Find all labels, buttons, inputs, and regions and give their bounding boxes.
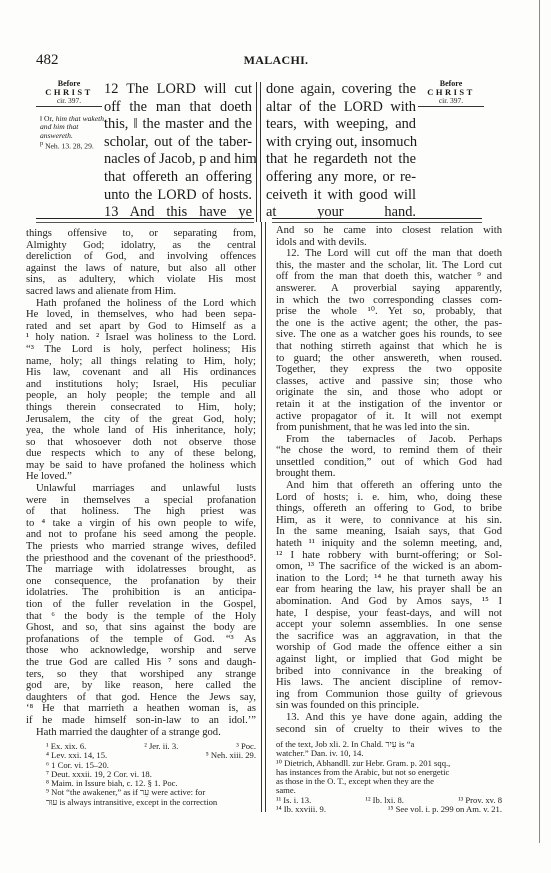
commentary-line: sive. The one as a watcher goes his roun…	[276, 329, 502, 341]
commentary-line: His law, covenant and all His ordinances	[26, 367, 256, 379]
scripture-line: that offereth an offering	[104, 169, 252, 187]
commentary-line: prise the whole ¹⁰. Yet so, probably, th…	[276, 306, 502, 318]
page-edge-line	[539, 0, 540, 843]
scripture-line: 12 The LORD will cut	[104, 81, 252, 99]
commentary-line: things offensive to, or separating from,	[26, 228, 256, 240]
commentary-line: one consequence, the profanation by thei…	[26, 576, 256, 588]
commentary-line: classes, active and passive sin; those w…	[276, 376, 502, 388]
footnotes-left: ¹ Ex. xix. 6.² Jer. ii. 3.³ Poc.⁴ Lev. x…	[46, 742, 256, 807]
commentary-line: “he chose the word, to remind them of th…	[276, 445, 502, 457]
commentary-line: sacred laws and alienate from Him.	[26, 286, 256, 298]
commentary-line: And so he came into closest relation wit…	[276, 225, 502, 237]
commentary-line: daughters of that god. Hence the Jews sa…	[26, 692, 256, 704]
scripture-line: scholar, out of the taber-	[104, 134, 252, 152]
commentary-line: of that holiness. The high priest was	[26, 506, 256, 518]
scripture-column-left: 12 The LORD will cutoff the man that doe…	[104, 81, 252, 222]
commentary-line: ters, so they that worshiped any strange	[26, 669, 256, 681]
marginal-notes: ‖ Or, him that waketh, and him that answ…	[40, 115, 110, 151]
commentary-line: those who acknowledge, worship and serve	[26, 645, 256, 657]
margin-date-cir: cir. 397.	[36, 97, 102, 107]
footnotes-right: of the text, Job xli. 2. In Chald. עִיר …	[276, 740, 502, 814]
commentary-line: The marriage with idolatresses brought, …	[26, 564, 256, 576]
commentary-line: idolatries. The prohibition is an antici…	[26, 587, 256, 599]
commentary-line: the one is the active agent; the other, …	[276, 318, 502, 330]
commentary-line: Jerusalem, the city of the great God, ho…	[26, 414, 256, 426]
commentary-line: hateth ¹¹ iniquity and the solemn meetin…	[276, 538, 502, 550]
commentary-line: Almighty God; idolatry, as the central	[26, 240, 256, 252]
commentary-line: In the same meaning, Isaiah says, that G…	[276, 526, 502, 538]
commentary-line: things, offereth an offering to God, to …	[276, 503, 502, 515]
commentary-line: against light, or implied that God might…	[276, 654, 502, 666]
commentary-line: ination to the Lord; ¹⁴ he that turneth …	[276, 573, 502, 585]
page-header: 482 MALACHI.	[36, 52, 516, 70]
commentary-line: so that whosoever doth not observe those	[26, 437, 256, 449]
scripture-line: altar of the LORD with	[266, 99, 416, 117]
scripture-column-right: done again, covering thealtar of the LOR…	[266, 81, 416, 222]
footnote: ⁵ Neh. xiii. 29.	[206, 751, 256, 760]
section-rule-left	[36, 218, 254, 223]
section-rule-right	[272, 218, 482, 223]
footnote: עוּר is always intransitive, except in t…	[46, 798, 256, 807]
commentary-line: ing from Communion those guilty of griev…	[276, 689, 502, 701]
commentary-line: answerer. A proverbial saying apparently…	[276, 283, 502, 295]
commentary-line: ear from hearing the law, his prayer sha…	[276, 584, 502, 596]
running-title: MALACHI.	[36, 53, 516, 68]
margin-date-right: Before CHRIST cir. 397.	[418, 80, 484, 107]
scripture-line: unto the LORD of hosts.	[104, 187, 252, 205]
margin-date-left: Before CHRIST cir. 397.	[36, 80, 102, 107]
commentary-line: in which the two corresponding classes c…	[276, 295, 502, 307]
scripture-line: tears, with weeping, and	[266, 116, 416, 134]
commentary-line: accept your solemn assemblies. In one se…	[276, 619, 502, 631]
commentary-column-right: And so he came into closest relation wit…	[276, 225, 502, 735]
commentary-line: profanations of the temple of God. “³ As	[26, 634, 256, 646]
commentary-line: the sacrifice was an aggravation, in tha…	[276, 631, 502, 643]
scripture-line: offering any more, or re-	[266, 169, 416, 187]
scripture-column-divider	[256, 82, 261, 222]
commentary-line: this, the master and the scholar, lit. T…	[276, 260, 502, 272]
commentary-line: active propagator of it. It will not exe…	[276, 411, 502, 423]
footnote: as those in the O. T., except when they …	[276, 777, 502, 786]
scripture-line: this, ‖ the master and the	[104, 116, 252, 134]
commentary-line: off from the man that doeth this, watche…	[276, 271, 502, 283]
commentary-line: due respects which to any of these belon…	[26, 448, 256, 460]
commentary-line: worship of God made the offence either a…	[276, 642, 502, 654]
commentary-line: And him that offereth an offering unto t…	[276, 480, 502, 492]
scripture-line: off the man that doeth	[104, 99, 252, 117]
commentary-line: ¹² I hate robbery with burnt-offering; o…	[276, 550, 502, 562]
scripture-line: that he regardeth not the	[266, 151, 416, 169]
commentary-line: ‘⁸ He that marrieth a heathen woman is, …	[26, 703, 256, 715]
commentary-line: name, holy; all things relating to Him, …	[26, 356, 256, 368]
footnote: ² Jer. ii. 3.	[144, 742, 178, 751]
scripture-line: with crying out, insomuch	[266, 134, 416, 152]
commentary-line: His laws. The ancient discipline of remo…	[276, 677, 502, 689]
commentary-line: the priesthood and the covenant of the p…	[26, 553, 256, 565]
marginal-note-cross-ref: p Neh. 13. 28, 29.	[40, 140, 110, 151]
commentary-line: ¹ holy nation. ² Israel was holiness to …	[26, 332, 256, 344]
commentary-line: Hath profaned the holiness of the Lord w…	[26, 298, 256, 310]
commentary-line: sins, as adultery, which violate His mos…	[26, 274, 256, 286]
commentary-line: to ⁴ take a virgin of his own people to …	[26, 518, 256, 530]
commentary-line: He loved.”	[26, 471, 256, 483]
commentary-column-left: things offensive to, or separating from,…	[26, 228, 256, 738]
commentary-line: hate, I despise, your feast-days, and wi…	[276, 608, 502, 620]
commentary-line: if he made himself son-in-law to an idol…	[26, 715, 256, 727]
commentary-line: god are, by like reason, here called the	[26, 680, 256, 692]
commentary-line: to guard; the other answereth, when rous…	[276, 353, 502, 365]
commentary-line: that ⁶ the body is the temple of the Hol…	[26, 611, 256, 623]
commentary-line: Lord of hosts; i. e. him, who, doing the…	[276, 492, 502, 504]
commentary-line: Together, they express the two opposite	[276, 364, 502, 376]
commentary-line: From the tabernacles of Jacob. Perhaps	[276, 434, 502, 446]
commentary-line: omon, ¹³ The sacrifice of the wicked is …	[276, 561, 502, 573]
commentary-line: abomination. And God by Amos says, ¹⁵ I	[276, 596, 502, 608]
commentary-line: unsettled condition,” out of which God h…	[276, 457, 502, 469]
commentary-line: 12. The Lord will cut off the man that d…	[276, 248, 502, 260]
commentary-line: sin was founded on this principle.	[276, 700, 502, 712]
commentary-line: Unlawful marriages and unlawful lusts	[26, 483, 256, 495]
commentary-line: Ghost, and so, that sins against the bod…	[26, 622, 256, 634]
scripture-line: done again, covering the	[266, 81, 416, 99]
commentary-line: and not to profane his seed among the pe…	[26, 529, 256, 541]
commentary-line: against the laws of nature, but also all…	[26, 263, 256, 275]
commentary-line: that nothing stirreth against that which…	[276, 341, 502, 353]
commentary-column-divider	[261, 222, 266, 812]
footnote: ¹⁵ See vol. i. p. 299 on Am. v. 21.	[388, 805, 502, 814]
commentary-line: idols and with devils.	[276, 237, 502, 249]
commentary-line: may be said to have profaned the holines…	[26, 460, 256, 472]
commentary-line: bribed into connivance in the breaking o…	[276, 666, 502, 678]
marginal-note-alt-reading: ‖ Or, him that waketh, and him that answ…	[40, 115, 110, 140]
commentary-line: the true God are called His ⁷ sons and d…	[26, 657, 256, 669]
commentary-line: second sin of cruelty to their wives to …	[276, 724, 502, 736]
footnote: ¹⁴ Ib. xxviii. 9.	[276, 805, 326, 814]
commentary-line: were in themselves a special profanation	[26, 495, 256, 507]
margin-date-cir: cir. 397.	[418, 97, 484, 107]
commentary-line: rated and set apart by God to Himself as…	[26, 321, 256, 333]
commentary-line: and institutions holy; Israel, His pecul…	[26, 379, 256, 391]
commentary-line: brought them.	[276, 468, 502, 480]
scripture-line: ceiveth it with good will	[266, 187, 416, 205]
commentary-line: dereliction of God, and involving offenc…	[26, 251, 256, 263]
commentary-line: originate the sin, and those who adopt o…	[276, 387, 502, 399]
commentary-line: The priests who married strange wives, d…	[26, 541, 256, 553]
commentary-line: Him, as it were, to connivance at his si…	[276, 515, 502, 527]
scripture-line: nacles of Jacob, p and him	[104, 151, 252, 169]
commentary-line: He loved, in themselves, who had been se…	[26, 309, 256, 321]
commentary-line: yea, the whole land of His inheritance, …	[26, 425, 256, 437]
commentary-line: tion of the fuller revelation in the Gos…	[26, 599, 256, 611]
commentary-line: retain it at the instigation of the inve…	[276, 399, 502, 411]
commentary-line: things therein consecrated to Him, holy;	[26, 402, 256, 414]
commentary-line: from punishment, that he was led into th…	[276, 422, 502, 434]
footnote-row: ¹⁴ Ib. xxviii. 9.¹⁵ See vol. i. p. 299 o…	[276, 805, 502, 814]
commentary-line: people, an holy people; the temple and a…	[26, 390, 256, 402]
commentary-line: Hath married the daughter of a strange g…	[26, 727, 256, 739]
commentary-line: 13. And this ye have done again, adding …	[276, 712, 502, 724]
commentary-line: “³ The Lord is holy, perfect holiness; H…	[26, 344, 256, 356]
